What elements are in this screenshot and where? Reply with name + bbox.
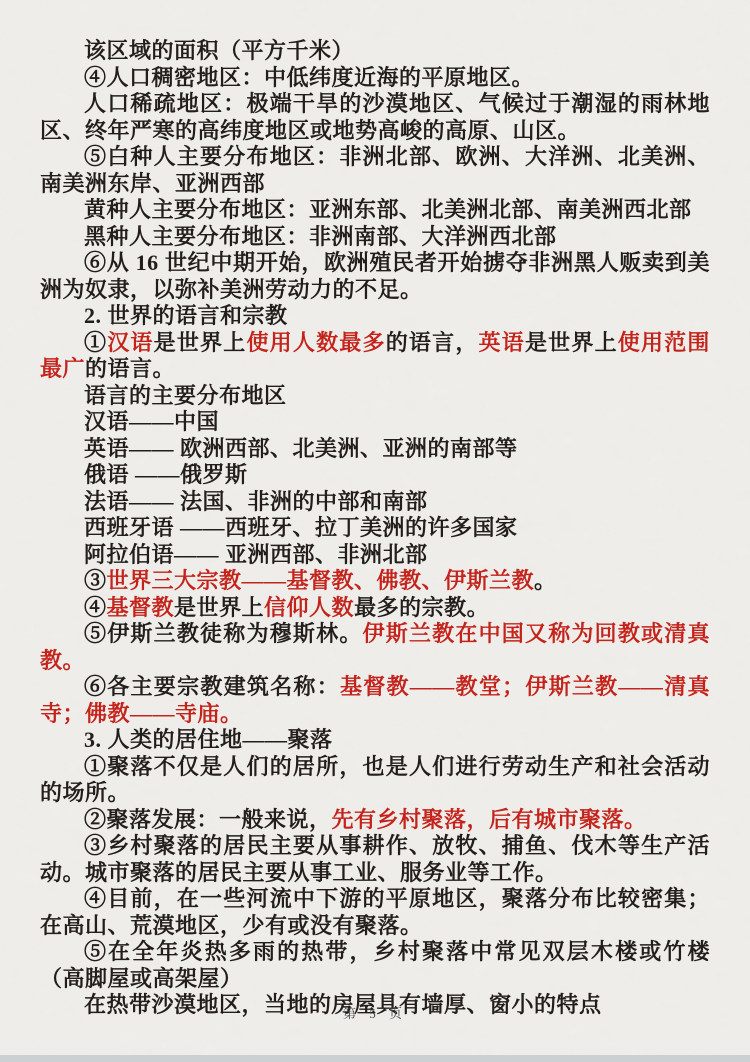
document-body: 该区域的面积（平方千米）④人口稠密地区：中低纬度近海的平原地区。人口稀疏地区：极… (40, 38, 710, 1019)
body-text: 黑种人主要分布地区：非洲南部、大洋洲西北部 (84, 224, 557, 249)
body-text: 人口稀疏地区：极端干旱的沙漠地区、气候过于潮湿的雨林地区、终年严寒的高纬度地区或… (40, 91, 710, 143)
body-text: ⑤在全年炎热多雨的热带，乡村聚落中常见双层木楼或竹楼（高脚屋或高架屋） (40, 939, 710, 991)
highlight-text: 先有乡村聚落，后有城市聚落。 (332, 807, 647, 832)
body-text: 2. 世界的语言和宗教 (84, 303, 288, 328)
body-text: 汉语——中国 (84, 409, 219, 434)
paragraph: ①聚落不仅是人们的居所，也是人们进行劳动生产和社会活动的场所。 (40, 754, 710, 807)
paragraph: ⑥各主要宗教建筑名称：基督教——教堂；伊斯兰教——清真寺；佛教——寺庙。 (40, 674, 710, 727)
body-text: ②聚落发展：一般来说， (84, 807, 332, 832)
highlight-text: 信仰人数 (264, 595, 354, 620)
paragraph: 西班牙语 ——西班牙、拉丁美洲的许多国家 (40, 515, 710, 542)
paragraph: 英语—— 欧洲西部、北美洲、亚洲的南部等 (40, 436, 710, 463)
paragraph: ④目前，在一些河流中下游的平原地区，聚落分布比较密集；在高山、荒漠地区，少有或没… (40, 886, 710, 939)
page-number: 第 5 页 (0, 1003, 750, 1022)
body-text: ⑥各主要宗教建筑名称： (84, 674, 340, 699)
paragraph: 黄种人主要分布地区：亚洲东部、北美洲北部、南美洲西北部 (40, 197, 710, 224)
body-text: 阿拉伯语—— 亚洲西部、非洲北部 (84, 542, 428, 567)
paragraph: 语言的主要分布地区 (40, 383, 710, 410)
paragraph: 法语—— 法国、非洲的中部和南部 (40, 489, 710, 516)
body-text: ④人口稠密地区：中低纬度近海的平原地区。 (84, 65, 534, 90)
highlight-text: 汉语 (107, 330, 153, 355)
body-text: ① (84, 330, 107, 355)
paragraph: ④人口稠密地区：中低纬度近海的平原地区。 (40, 65, 710, 92)
document-page: 该区域的面积（平方千米）④人口稠密地区：中低纬度近海的平原地区。人口稀疏地区：极… (0, 0, 750, 1062)
paragraph: ⑤伊斯兰教徒称为穆斯林。伊斯兰教在中国又称为回教或清真教。 (40, 621, 710, 674)
body-text: 的语言， (386, 330, 479, 355)
highlight-text: 使用人数最多 (246, 330, 385, 355)
paragraph: ②聚落发展：一般来说，先有乡村聚落，后有城市聚落。 (40, 807, 710, 834)
paragraph: 黑种人主要分布地区：非洲南部、大洋洲西北部 (40, 224, 710, 251)
body-text: ③乡村聚落的居民主要从事耕作、放牧、捕鱼、伐木等生产活动。城市聚落的居民主要从事… (40, 833, 710, 885)
body-text: 法语—— 法国、非洲的中部和南部 (84, 489, 428, 514)
paragraph: 3. 人类的居住地——聚落 (40, 727, 710, 754)
paragraph: ⑥从 16 世纪中期开始，欧洲殖民者开始掳夺非洲黑人贩卖到美洲为奴隶，以弥补美洲… (40, 250, 710, 303)
body-text: 语言的主要分布地区 (84, 383, 287, 408)
body-text: 英语—— 欧洲西部、北美洲、亚洲的南部等 (84, 436, 518, 461)
paragraph: 俄语 ——俄罗斯 (40, 462, 710, 489)
body-text: 黄种人主要分布地区：亚洲东部、北美洲北部、南美洲西北部 (84, 197, 692, 222)
paragraph: ③乡村聚落的居民主要从事耕作、放牧、捕鱼、伐木等生产活动。城市聚落的居民主要从事… (40, 833, 710, 886)
paragraph: ①汉语是世界上使用人数最多的语言，英语是世界上使用范围最广的语言。 (40, 330, 710, 383)
paragraph: 汉语——中国 (40, 409, 710, 436)
body-text: ③ (84, 568, 107, 593)
body-text: 的语言。 (85, 356, 175, 381)
paragraph: ⑤白种人主要分布地区：非洲北部、欧洲、大洋洲、北美洲、南美洲东岸、亚洲西部 (40, 144, 710, 197)
highlight-text: 基督教 (107, 595, 175, 620)
paragraph: 人口稀疏地区：极端干旱的沙漠地区、气候过于潮湿的雨林地区、终年严寒的高纬度地区或… (40, 91, 710, 144)
body-text: 俄语 ——俄罗斯 (84, 462, 248, 487)
highlight-text: 英语 (479, 330, 525, 355)
body-text: ⑥从 16 世纪中期开始，欧洲殖民者开始掳夺非洲黑人贩卖到美洲为奴隶，以弥补美洲… (40, 250, 710, 302)
paragraph: 2. 世界的语言和宗教 (40, 303, 710, 330)
body-text: ④ (84, 595, 107, 620)
body-text: 是世界上 (525, 330, 618, 355)
body-text: ⑤伊斯兰教徒称为穆斯林。 (84, 621, 363, 646)
paragraph: ③世界三大宗教——基督教、佛教、伊斯兰教。 (40, 568, 710, 595)
paragraph: 阿拉伯语—— 亚洲西部、非洲北部 (40, 542, 710, 569)
body-text: 该区域的面积（平方千米） (84, 38, 354, 63)
highlight-text: 世界三大宗教——基督教、佛教、伊斯兰教 (107, 568, 535, 593)
scan-edge-band (0, 1055, 750, 1062)
body-text: 西班牙语 ——西班牙、拉丁美洲的许多国家 (84, 515, 518, 540)
paragraph: ④基督教是世界上信仰人数最多的宗教。 (40, 595, 710, 622)
body-text: ④目前，在一些河流中下游的平原地区，聚落分布比较密集；在高山、荒漠地区，少有或没… (40, 886, 710, 938)
body-text: 3. 人类的居住地——聚落 (84, 727, 333, 752)
body-text: ⑤白种人主要分布地区：非洲北部、欧洲、大洋洲、北美洲、南美洲东岸、亚洲西部 (40, 144, 710, 196)
body-text: ①聚落不仅是人们的居所，也是人们进行劳动生产和社会活动的场所。 (40, 754, 710, 806)
paragraph: ⑤在全年炎热多雨的热带，乡村聚落中常见双层木楼或竹楼（高脚屋或高架屋） (40, 939, 710, 992)
paragraph: 该区域的面积（平方千米） (40, 38, 710, 65)
body-text: 是世界上 (154, 330, 247, 355)
body-text: 。 (534, 568, 557, 593)
body-text: 是世界上 (174, 595, 264, 620)
body-text: 最多的宗教。 (354, 595, 489, 620)
